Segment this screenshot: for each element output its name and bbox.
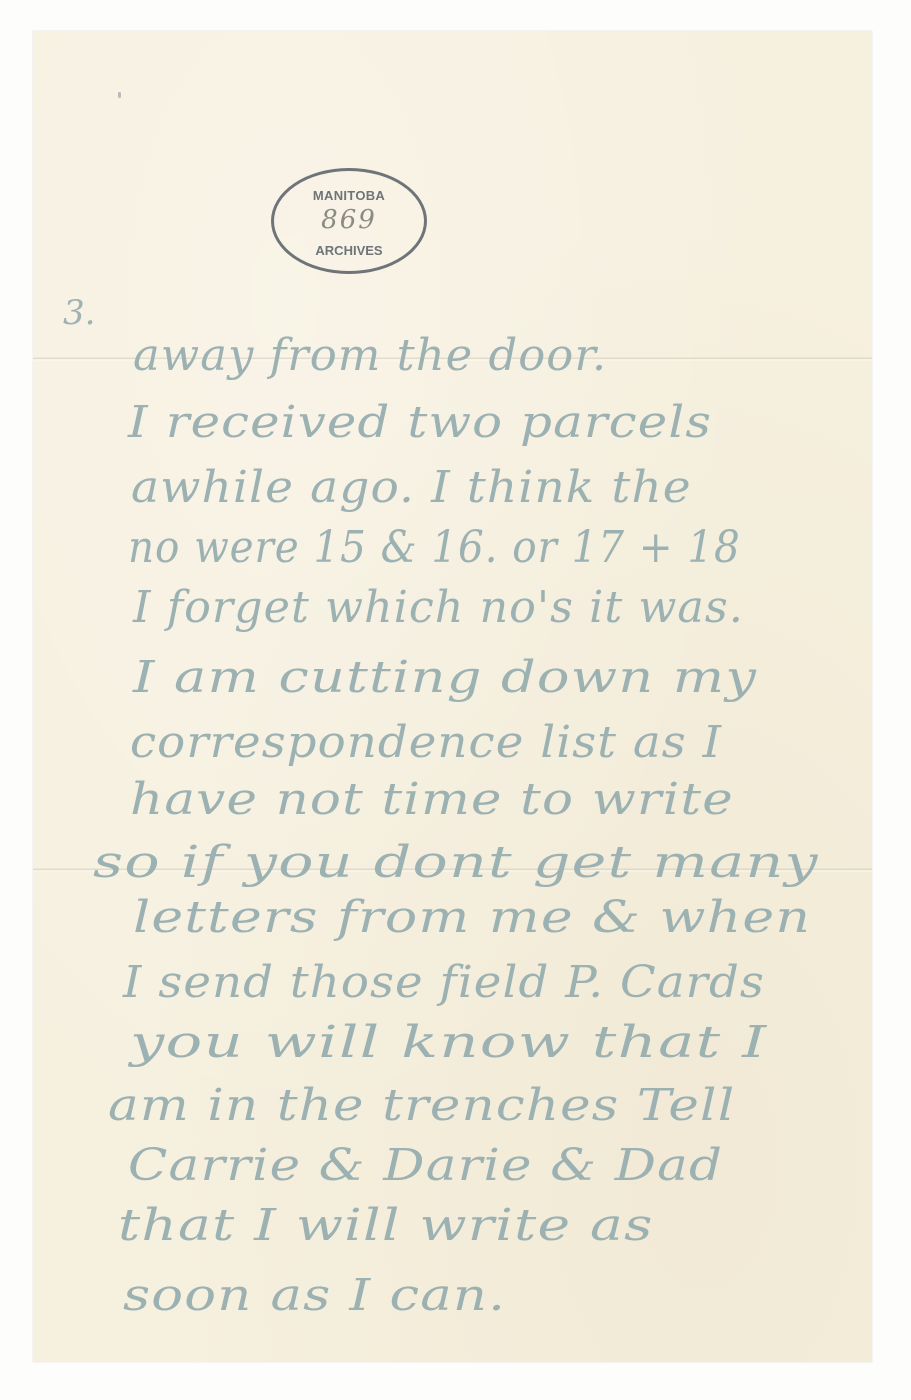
archive-stamp: MANITOBA 869 ARCHIVES	[271, 168, 427, 274]
page-number: 3.	[63, 293, 95, 333]
scanned-document: MANITOBA 869 ARCHIVES 3. away from the d…	[0, 0, 911, 1400]
stamp-top-text: MANITOBA	[274, 188, 424, 203]
letter-line: letters from me & when	[133, 896, 811, 940]
letter-line: soon as I can.	[123, 1274, 506, 1318]
letter-line: you will know that I	[130, 1021, 768, 1065]
letter-line: am in the trenches Tell	[108, 1084, 735, 1128]
stamp-bottom-text: ARCHIVES	[274, 243, 424, 258]
letter-line: so if you dont get many	[93, 841, 819, 885]
stamp-accession-number: 869	[274, 205, 424, 235]
letter-line: away from the door.	[133, 334, 607, 378]
letter-line: I send those field P. Cards	[123, 961, 765, 1005]
letter-line: that I will write as	[118, 1204, 654, 1248]
letter-line: have not time to write	[130, 778, 734, 822]
letter-line: Carrie & Darie & Dad	[128, 1144, 723, 1188]
letter-line: awhile ago. I think the	[131, 466, 692, 510]
ink-speck	[118, 92, 121, 98]
letter-line: correspondence list as I	[130, 721, 722, 765]
letter-paper: MANITOBA 869 ARCHIVES 3. away from the d…	[33, 31, 872, 1362]
letter-line: I am cutting down my	[133, 656, 757, 700]
letter-line: no were 15 & 16. or 17 + 18	[128, 526, 741, 570]
letter-line: I forget which no's it was.	[133, 586, 744, 630]
letter-line: I received two parcels	[128, 401, 712, 445]
